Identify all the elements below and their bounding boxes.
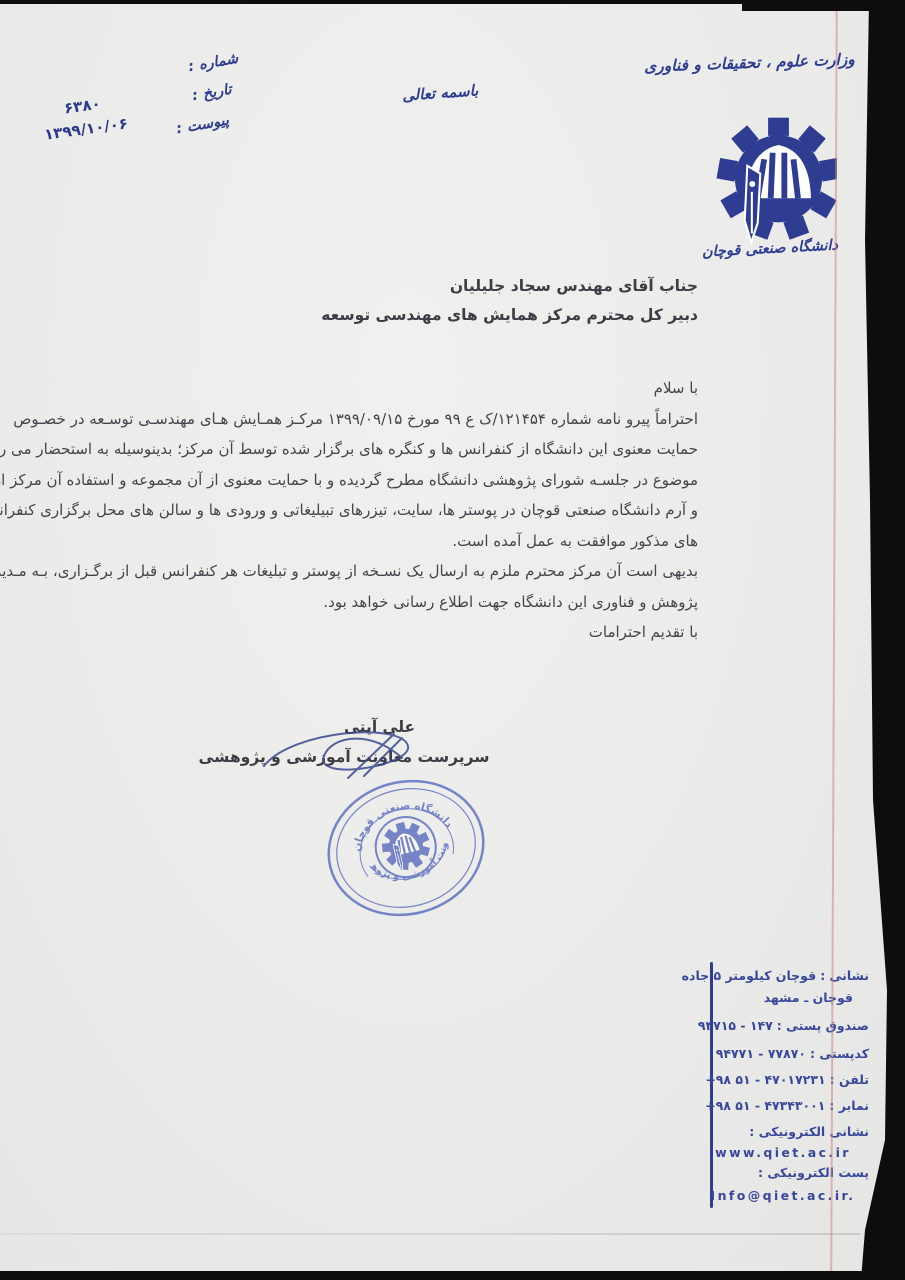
recipient-title: دبیر کل محترم مرکز همایش های مهندسی توسع… bbox=[321, 301, 698, 330]
email-address: Info@qiet.ac.ir. bbox=[711, 1186, 856, 1205]
po-box-value: ۹۴۷۱۵ - ۱۴۷ bbox=[698, 1016, 773, 1035]
postal-code-label: کدپستی : bbox=[810, 1044, 869, 1063]
body-line: موضوع در جلسـه شورای پژوهشی دانشگاه مطرح… bbox=[66, 465, 698, 496]
ministry-header: وزارت علوم ، تحقیقات و فناوری bbox=[644, 50, 855, 75]
phone-label: تلفن : bbox=[830, 1070, 869, 1089]
web-value-row: www.qiet.ac.ir bbox=[697, 1143, 869, 1162]
paper-crease bbox=[0, 1233, 860, 1235]
body-line: پژوهش و فناوری این دانشگاه جهت اطلاع رسا… bbox=[66, 587, 698, 618]
postal-code-row: کدپستی : ۹۴۷۷۱ - ۷۷۸۷۰ bbox=[697, 1044, 869, 1063]
body-line: حمایت معنوی این دانشگاه از کنفرانس ها و … bbox=[66, 434, 698, 465]
letter-date: ۱۳۹۹/۱۰/۰۶ bbox=[43, 114, 129, 144]
body-line: و آرم دانشگاه صنعتی قوچان در پوستر ها، س… bbox=[66, 495, 698, 526]
number-label: شماره : bbox=[187, 51, 239, 76]
address-row-2: قوچان ـ مشهد bbox=[697, 988, 869, 1007]
web-label-row: نشانی الکترونیکی : bbox=[697, 1122, 869, 1141]
fax-row: نمابر : +۹۸ ۵۱ - ۴۷۳۴۳۰۰۱ bbox=[697, 1096, 869, 1115]
attachment-label: پیوست : bbox=[175, 113, 230, 138]
phone-value: +۹۸ ۵۱ - ۴۷۰۱۷۲۳۱ bbox=[705, 1070, 825, 1089]
bismillah: باسمه تعالی bbox=[401, 81, 478, 104]
fax-value: +۹۸ ۵۱ - ۴۷۳۴۳۰۰۱ bbox=[705, 1096, 825, 1115]
university-logo-icon bbox=[707, 116, 837, 252]
address-value: قوچان کیلومتر ۵ جاده bbox=[682, 966, 817, 985]
web-label: نشانی الکترونیکی : bbox=[749, 1122, 869, 1141]
letter-paper: وزارت علوم ، تحقیقات و فناوری شماره : تا… bbox=[0, 0, 905, 1280]
po-box-label: صندوق پستی : bbox=[777, 1016, 869, 1035]
email-label: پست الکترونیکی : bbox=[758, 1163, 869, 1182]
body-line: های مذکور موافقت به عمل آمده است. bbox=[66, 526, 698, 557]
body-line: بدیهی است آن مرکز محترم ملزم به ارسال یک… bbox=[66, 556, 698, 587]
official-stamp-icon: دانشگاه صنعتی قوچان معاونت آموزشی و پژوه… bbox=[316, 770, 496, 930]
scan-edge-bottom bbox=[0, 1271, 905, 1280]
postal-code-value: ۹۴۷۷۱ - ۷۷۸۷۰ bbox=[716, 1044, 806, 1063]
address-label: نشانی : bbox=[820, 966, 869, 985]
salutation: با سلام bbox=[66, 373, 698, 404]
closing-line: با تقدیم احترامات bbox=[66, 617, 698, 648]
recipient-name: جناب آقای مهندس سجاد جلیلیان bbox=[321, 272, 698, 301]
fax-label: نمابر : bbox=[829, 1096, 869, 1115]
contact-block: نشانی : قوچان کیلومتر ۵ جاده قوچان ـ مشه… bbox=[697, 966, 869, 1205]
email-label-row: پست الکترونیکی : bbox=[697, 1163, 869, 1182]
po-box-row: صندوق پستی : ۹۴۷۱۵ - ۱۴۷ bbox=[697, 1016, 869, 1035]
address-row: نشانی : قوچان کیلومتر ۵ جاده bbox=[697, 966, 869, 985]
letter-number: ۶۳۸۰ bbox=[63, 95, 102, 118]
body-line: احتراماً پیرو نامه شماره ۱۲۱۴۵۴/ک ع ۹۹ م… bbox=[66, 404, 698, 435]
letter-body: با سلام احتراماً پیرو نامه شماره ۱۲۱۴۵۴/… bbox=[66, 373, 698, 648]
recipient-block: جناب آقای مهندس سجاد جلیلیان دبیر کل محت… bbox=[321, 272, 698, 330]
scanned-letter: وزارت علوم ، تحقیقات و فناوری شماره : تا… bbox=[0, 0, 905, 1280]
date-label: تاریخ : bbox=[191, 82, 233, 105]
phone-row: تلفن : +۹۸ ۵۱ - ۴۷۰۱۷۲۳۱ bbox=[697, 1070, 869, 1089]
email-value-row: Info@qiet.ac.ir. bbox=[697, 1186, 869, 1205]
